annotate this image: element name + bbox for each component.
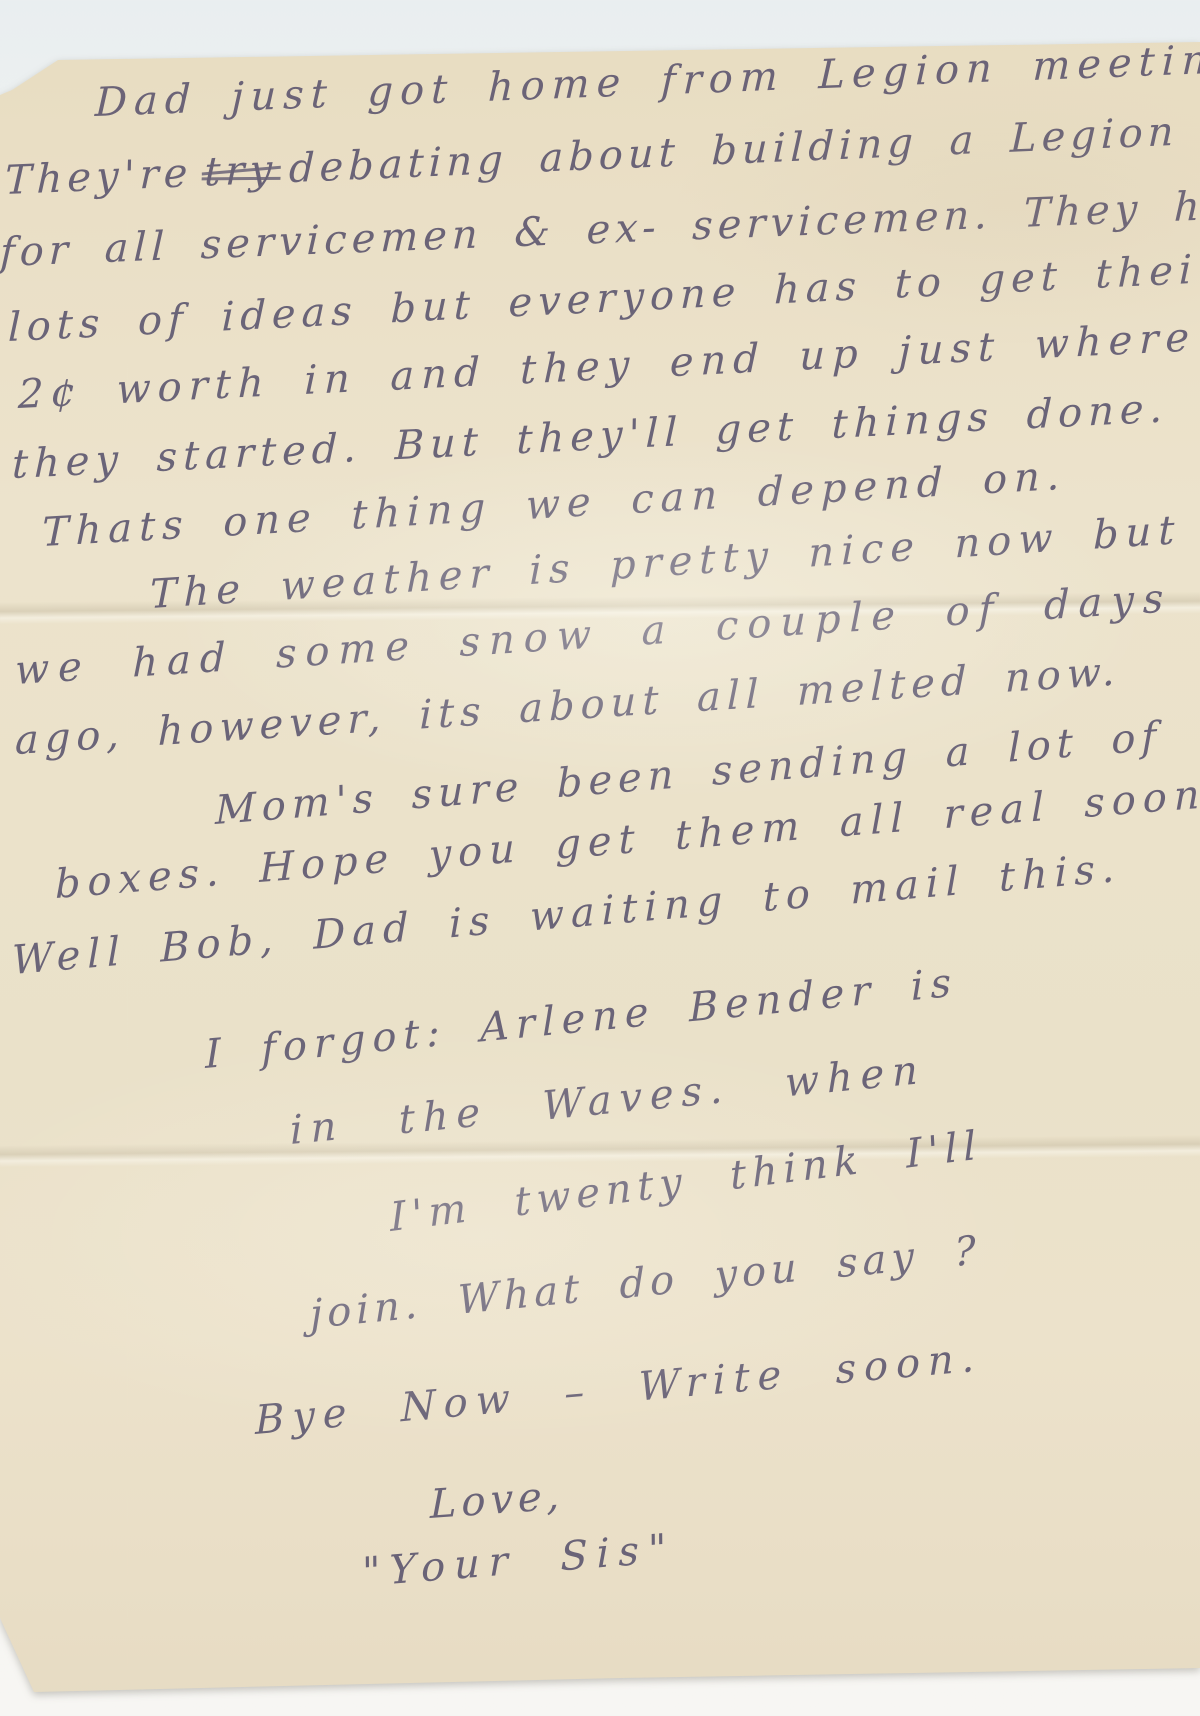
fold-crease-bottom xyxy=(0,1135,1200,1167)
letter-line-15: in the Waves. when xyxy=(289,1047,926,1154)
letter-scan: Dad just got home from Legion meeting. T… xyxy=(0,0,1200,1716)
letter-line-1: Dad just got home from Legion meeting. xyxy=(94,35,1200,126)
signature-love: Love, xyxy=(430,1473,564,1529)
crossed-out-word: try xyxy=(204,147,278,196)
letter-line-2-post: debating about building a Legion Home xyxy=(288,102,1200,193)
letter-line-18: Bye Now – Write soon. xyxy=(255,1334,983,1444)
letter-paper: Dad just got home from Legion meeting. T… xyxy=(0,0,1200,1716)
letter-line-17: join. What do you say ? xyxy=(309,1227,981,1338)
signature-your-sis: "Your Sis" xyxy=(362,1525,676,1596)
letter-line-2-pre: They're xyxy=(4,150,193,204)
letter-line-16: I'm twenty think I'll xyxy=(389,1122,983,1241)
